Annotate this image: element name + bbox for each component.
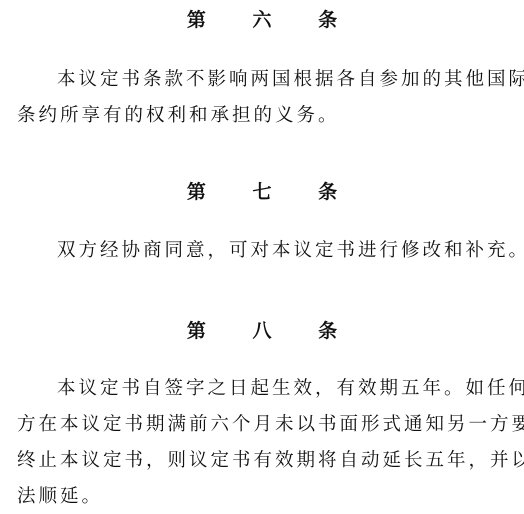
article-8-line-1: 本议定书自签字之日起生效，有效期五年。如任何一 [17, 371, 524, 407]
article-8-heading: 第 八 条 [0, 316, 524, 343]
article-7-heading: 第 七 条 [0, 177, 524, 204]
article-6-heading: 第 六 条 [0, 5, 524, 32]
article-7-body: 双方经协商同意，可对本议定书进行修改和补充。 [17, 233, 524, 269]
article-8-body: 本议定书自签字之日起生效，有效期五年。如任何一 方在本议定书期满前六个月未以书面… [17, 371, 524, 514]
article-8-line-2: 方在本议定书期满前六个月未以书面形式通知另一方要求 [17, 407, 524, 443]
article-7-line-1: 双方经协商同意，可对本议定书进行修改和补充。 [17, 233, 524, 269]
article-8-line-4: 法顺延。 [17, 479, 524, 514]
article-8-line-3: 终止本议定书，则议定书有效期将自动延长五年，并以此 [17, 443, 524, 479]
article-6-line-1: 本议定书条款不影响两国根据各自参加的其他国际 [17, 62, 524, 98]
article-6-line-2: 条约所享有的权利和承担的义务。 [17, 98, 524, 134]
article-6-body: 本议定书条款不影响两国根据各自参加的其他国际 条约所享有的权利和承担的义务。 [17, 62, 524, 134]
